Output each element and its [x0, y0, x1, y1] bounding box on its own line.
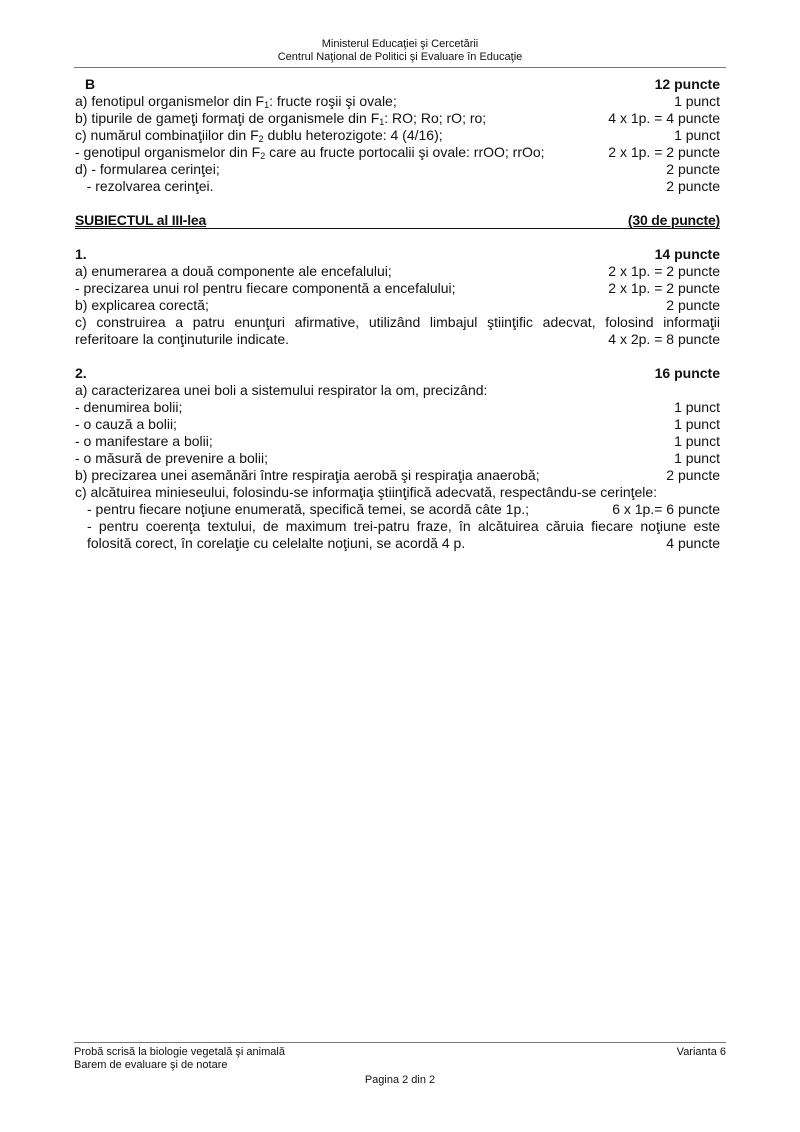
footer-row: Probă scrisă la biologie vegetală şi ani… — [74, 1046, 726, 1072]
scoring-row: b) tipurile de gameţi formaţi de organis… — [75, 110, 720, 127]
q1-c-points: 4 x 2p. = 8 puncte — [608, 331, 720, 348]
scoring-row: b) explicarea corectă;2 puncte — [75, 297, 720, 314]
q1-c-line2-row: referitoare la conţinuturile indicate. 4… — [75, 331, 720, 348]
scoring-points: 2 puncte — [666, 467, 720, 484]
footer-variant: Varianta 6 — [677, 1046, 726, 1072]
q2-item-text: - o cauză a bolii; — [75, 416, 177, 433]
footer-exam-name: Probă scrisă la biologie vegetală şi ani… — [74, 1046, 285, 1059]
scoring-points: 1 punct — [674, 433, 720, 450]
q2-number: 2. — [75, 365, 87, 382]
page-footer: Probă scrisă la biologie vegetală şi ani… — [74, 1042, 726, 1087]
scoring-row: - precizarea unui rol pentru fiecare com… — [75, 280, 720, 297]
q2-a-intro: a) caracterizarea unei boli a sistemului… — [75, 382, 720, 399]
q2-total: 16 puncte — [655, 365, 720, 382]
q2-c-item2-line1: - pentru coerenţa textului, de maximum t… — [75, 518, 720, 535]
scoring-points: 2 x 1p. = 2 puncte — [608, 280, 720, 297]
q2-item-text: - denumirea bolii; — [75, 399, 182, 416]
scoring-row: c) numărul combinaţiilor din F2 dublu he… — [75, 127, 720, 144]
scoring-points: 2 puncte — [666, 178, 720, 195]
q2-c-item2-line2-row: folosită corect, în corelaţie cu celelal… — [75, 535, 720, 552]
q2-heading: 2. 16 puncte — [75, 365, 720, 382]
scoring-row: - genotipul organismelor din F2 care au … — [75, 144, 720, 161]
scoring-row: - o manifestare a bolii;1 punct — [75, 433, 720, 450]
scoring-points: 4 x 1p. = 4 puncte — [608, 110, 720, 127]
scoring-points: 2 puncte — [666, 297, 720, 314]
q2-c-intro: c) alcătuirea minieseului, folosindu-se … — [75, 484, 720, 501]
scoring-row: b) precizarea unei asemănări între respi… — [75, 467, 720, 484]
section-b-item-text: b) tipurile de gameţi formaţi de organis… — [75, 110, 486, 127]
q1-items: a) enumerarea a două componente ale ence… — [75, 263, 720, 314]
section-b-item-text: d) - formularea cerinţei; — [75, 161, 220, 178]
scoring-points: 1 punct — [674, 93, 720, 110]
subject-3-total: (30 de puncte) — [628, 212, 720, 228]
q1-item-text: b) explicarea corectă; — [75, 297, 209, 314]
scoring-points: 2 x 1p. = 2 puncte — [608, 144, 720, 161]
q1-c-line1: c) construirea a patru enunţuri afirmati… — [75, 314, 720, 331]
scoring-row: - o măsură de prevenire a bolii;1 punct — [75, 450, 720, 467]
q2-c-item2-points: 4 puncte — [666, 535, 720, 552]
header-center: Centrul Naţional de Politici şi Evaluare… — [74, 51, 726, 64]
q2-c-item2-line2: folosită corect, în corelaţie cu celelal… — [87, 535, 465, 552]
section-b-title: B — [75, 76, 95, 93]
q1-item-text: - precizarea unui rol pentru fiecare com… — [75, 280, 456, 297]
q2-item-text: - o manifestare a bolii; — [75, 433, 213, 450]
section-b-item-text: - rezolvarea cerinţei. — [75, 178, 214, 195]
document-content: B 12 puncte a) fenotipul organismelor di… — [75, 76, 720, 552]
header-ministry: Ministerul Educaţiei şi Cercetării — [74, 38, 726, 51]
q2-c-item1-text: - pentru fiecare noţiune enumerată, spec… — [87, 501, 529, 518]
scoring-row: - o cauză a bolii;1 punct — [75, 416, 720, 433]
scoring-row: a) enumerarea a două componente ale ence… — [75, 263, 720, 280]
scoring-points: 1 punct — [674, 399, 720, 416]
q2-c-item1-row: - pentru fiecare noţiune enumerată, spec… — [75, 501, 720, 518]
section-b-item-text: - genotipul organismelor din F2 care au … — [75, 144, 545, 161]
subject-3-title: SUBIECTUL al III-lea — [75, 212, 206, 228]
scoring-row: a) fenotipul organismelor din F1: fructe… — [75, 93, 720, 110]
q1-item-text: a) enumerarea a două componente ale ence… — [75, 263, 392, 280]
q2-c-item1-points: 6 x 1p.= 6 puncte — [612, 501, 720, 518]
scoring-row: - denumirea bolii;1 punct — [75, 399, 720, 416]
scoring-points: 1 punct — [674, 450, 720, 467]
q2-item-text: - o măsură de prevenire a bolii; — [75, 450, 268, 467]
section-b-items: a) fenotipul organismelor din F1: fructe… — [75, 93, 720, 195]
page-header: Ministerul Educaţiei şi Cercetării Centr… — [74, 38, 726, 68]
q2-items: - denumirea bolii;1 punct- o cauză a bol… — [75, 399, 720, 484]
scoring-points: 1 punct — [674, 416, 720, 433]
footer-left: Probă scrisă la biologie vegetală şi ani… — [74, 1046, 285, 1072]
q1-number: 1. — [75, 246, 87, 263]
footer-doc-type: Barem de evaluare şi de notare — [74, 1059, 285, 1072]
footer-page-number: Pagina 2 din 2 — [74, 1074, 726, 1087]
q1-heading: 1. 14 puncte — [75, 246, 720, 263]
section-b-item-text: a) fenotipul organismelor din F1: fructe… — [75, 93, 397, 110]
q1-total: 14 puncte — [655, 246, 720, 263]
q2-item-text: b) precizarea unei asemănări între respi… — [75, 467, 540, 484]
scoring-points: 2 puncte — [666, 161, 720, 178]
scoring-points: 1 punct — [674, 127, 720, 144]
section-b-heading: B 12 puncte — [75, 76, 720, 93]
scoring-row: d) - formularea cerinţei;2 puncte — [75, 161, 720, 178]
q1-c-line2: referitoare la conţinuturile indicate. — [75, 331, 289, 348]
subject-3-heading: SUBIECTUL al III-lea (30 de puncte) — [75, 212, 720, 229]
scoring-row: - rezolvarea cerinţei.2 puncte — [75, 178, 720, 195]
section-b-total: 12 puncte — [655, 76, 720, 93]
scoring-points: 2 x 1p. = 2 puncte — [608, 263, 720, 280]
section-b-item-text: c) numărul combinaţiilor din F2 dublu he… — [75, 127, 443, 144]
